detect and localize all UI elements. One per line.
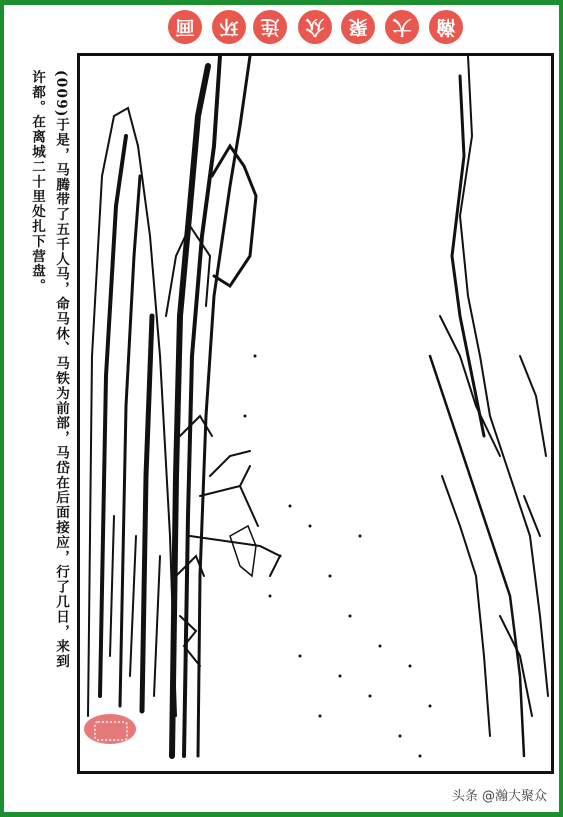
illustration	[77, 53, 554, 774]
caption-line-2: 许都。在离城二十里处扎下营盘。	[28, 70, 46, 294]
title-char-1: 画	[168, 10, 202, 44]
title-char-4: 众	[298, 10, 332, 44]
red-seal-stamp	[84, 714, 136, 744]
watermark: 头条 @瀚大聚众	[452, 785, 547, 804]
title-char-5: 聚	[341, 10, 375, 44]
title-char-2: 环	[212, 10, 246, 44]
title-char-3: 连	[253, 10, 287, 44]
landscape-sketch	[80, 56, 551, 771]
title-char-7: 瀚	[429, 10, 463, 44]
title-char-6: 大	[385, 10, 419, 44]
caption: (009)于是，马腾带了五千人马，命马休、马铁为前部，马岱在后面接应，行了几日，…	[20, 70, 76, 770]
series-title: 画 环 连 众 聚 大 瀚	[168, 10, 464, 46]
caption-line-1: (009)于是，马腾带了五千人马，命马休、马铁为前部，马岱在后面接应，行了几日，…	[52, 70, 70, 669]
